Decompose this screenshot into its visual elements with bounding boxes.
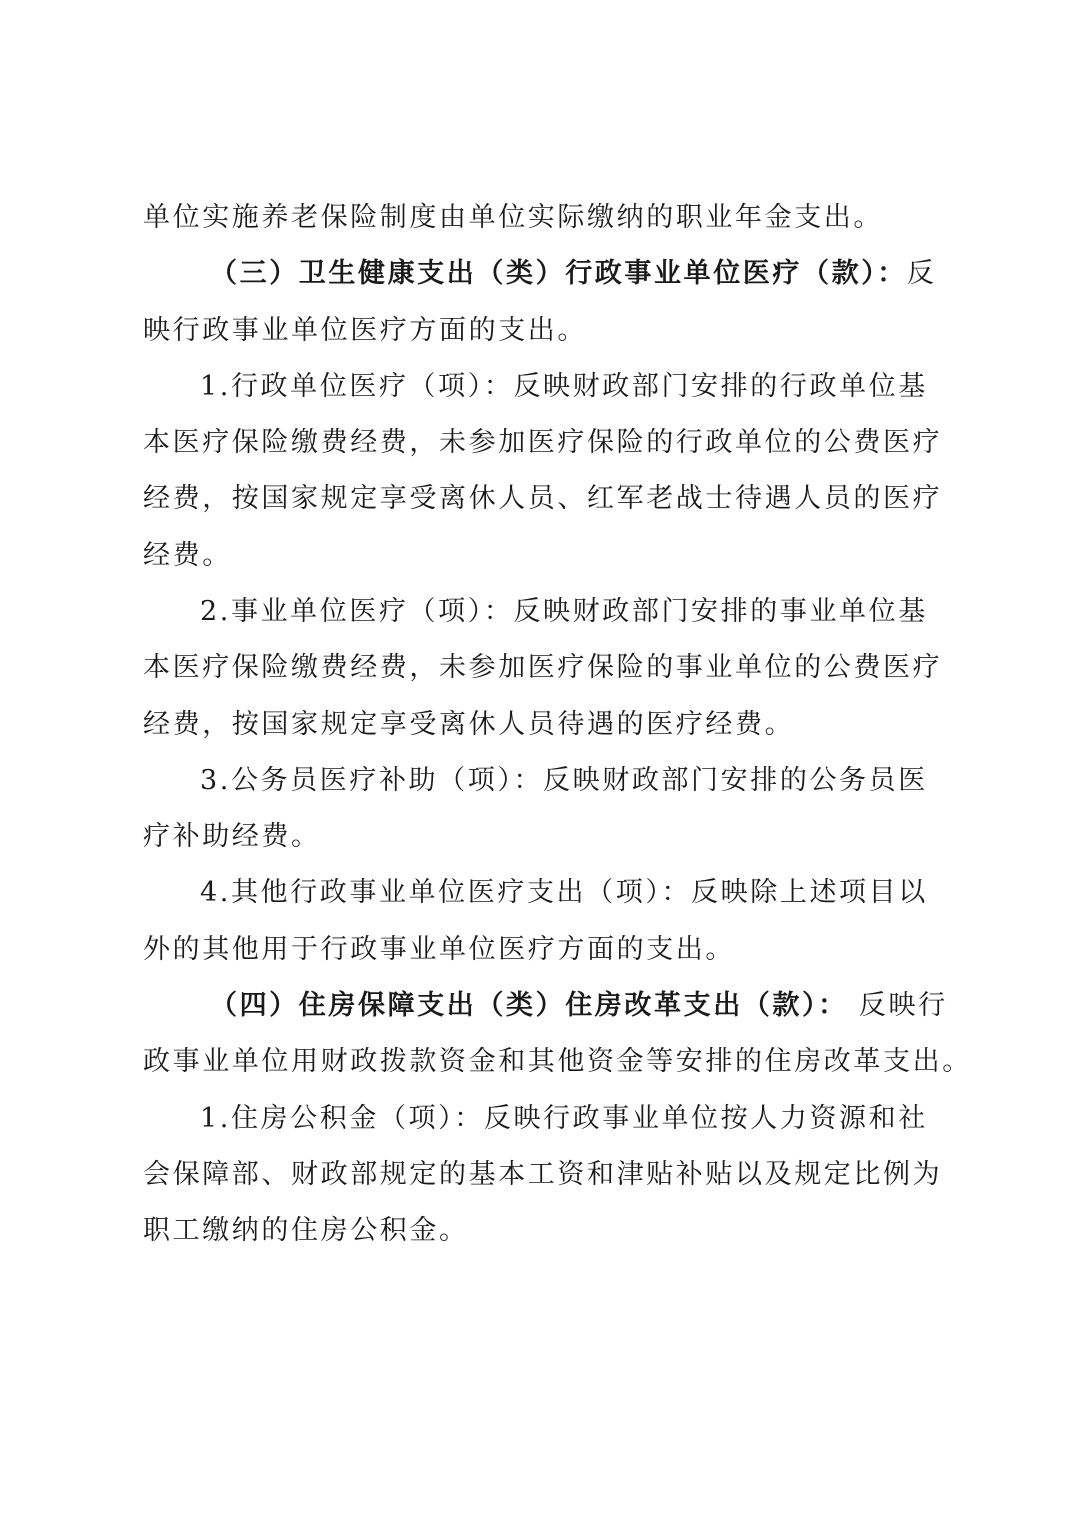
section-heading-housing: （四）住房保障支出（类）住房改革支出（款）： 反映行 bbox=[210, 988, 1010, 1024]
paragraph-line: 经费，按国家规定享受离休人员待遇的医疗经费。 bbox=[143, 707, 943, 743]
list-item-2-line: 2.事业单位医疗（项）：反映财政部门安排的事业单位基 bbox=[200, 594, 1000, 630]
paragraph-line: 疗补助经费。 bbox=[143, 819, 943, 855]
paragraph-line: 会保障部、财政部规定的基本工资和津贴补贴以及规定比例为 bbox=[143, 1157, 943, 1193]
paragraph-line: 职工缴纳的住房公积金。 bbox=[143, 1213, 943, 1249]
section-heading-bold: （三）卫生健康支出（类）行政事业单位医疗（款）： bbox=[210, 258, 907, 289]
paragraph-line: 本医疗保险缴费经费，未参加医疗保险的事业单位的公费医疗 bbox=[143, 650, 943, 686]
list-item-1-line: 1.行政单位医疗（项）：反映财政部门安排的行政单位基 bbox=[200, 369, 1000, 405]
document-page: 单位实施养老保险制度由单位实际缴纳的职业年金支出。 （三）卫生健康支出（类）行政… bbox=[0, 0, 1074, 1520]
paragraph-line: 单位实施养老保险制度由单位实际缴纳的职业年金支出。 bbox=[143, 200, 943, 236]
section-heading-text: 反 bbox=[907, 258, 937, 289]
list-item-3-line: 3.公务员医疗补助（项）：反映财政部门安排的公务员医 bbox=[200, 763, 1000, 799]
section-heading-text: 反映行 bbox=[848, 990, 948, 1021]
paragraph-line: 经费，按国家规定享受离休人员、红军老战士待遇人员的医疗 bbox=[143, 481, 943, 517]
section-heading-bold: （四）住房保障支出（类）住房改革支出（款）： bbox=[210, 990, 848, 1021]
list-item-4-line: 4.其他行政事业单位医疗支出（项）：反映除上述项目以 bbox=[200, 875, 1000, 911]
paragraph-line: 本医疗保险缴费经费，未参加医疗保险的行政单位的公费医疗 bbox=[143, 425, 943, 461]
list-item-1-line: 1.住房公积金（项）：反映行政事业单位按人力资源和社 bbox=[200, 1101, 1000, 1137]
section-heading-health: （三）卫生健康支出（类）行政事业单位医疗（款）：反 bbox=[210, 256, 1010, 292]
paragraph-line: 外的其他用于行政事业单位医疗方面的支出。 bbox=[143, 932, 943, 968]
paragraph-line: 映行政事业单位医疗方面的支出。 bbox=[143, 313, 943, 349]
paragraph-line: 政事业单位用财政拨款资金和其他资金等安排的住房改革支出。 bbox=[143, 1044, 943, 1080]
paragraph-line: 经费。 bbox=[143, 538, 943, 574]
